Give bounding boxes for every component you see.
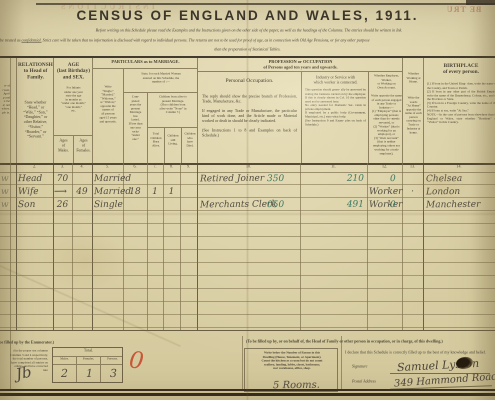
row3-occupation-code: 050 <box>267 200 299 212</box>
top-edge-rule <box>36 3 495 5</box>
totals-persons-value-cell: 3 <box>100 365 123 383</box>
column-number-9-text: 9. <box>180 164 197 169</box>
red-ink-zero: 0 <box>128 355 144 368</box>
bottom-rule-x242 <box>242 336 243 389</box>
children-died-label: Children who have Died. <box>182 132 197 147</box>
householder-heading-text: (To be filled up by, or on behalf of, th… <box>246 339 495 344</box>
row3-industry-code: 491 <box>302 200 364 213</box>
row2-marital-status: Married <box>94 187 123 199</box>
column-number-12-text: 12. <box>367 164 402 169</box>
instruction-line-3-text: than the preparation of Statistical Tabl… <box>0 47 495 52</box>
enumerator-initials: Jb <box>15 367 32 382</box>
column-number-8-text: 8. <box>163 164 180 169</box>
birthplace-body: (1) If born in the United King- dom, wri… <box>427 82 495 124</box>
profession-group-titlebar: PROFESSION or OCCUPATION of Persons aged… <box>198 58 402 72</box>
row1-industry-code: 210 <box>302 174 364 187</box>
personal-occupation-title: Personal Occupation. <box>200 77 299 84</box>
years-married-text: Com- pleted years the present Marriage h… <box>124 95 147 141</box>
totals-females-value: 1 <box>86 368 93 380</box>
profession-group-title: PROFESSION or OCCUPATION of Persons aged… <box>198 59 402 70</box>
row2-birthplace: London <box>426 187 492 200</box>
row1-age-male: 70 <box>53 174 72 186</box>
header-age: AGE (last Birthday) and SEX. For Infants… <box>53 58 92 163</box>
totals-females-label-cell: Females. <box>76 357 100 365</box>
totals-persons-label: Persons. <box>101 357 123 361</box>
row2-employer-status: Worker <box>369 187 401 199</box>
column-number-4-text: 4. <box>72 164 92 169</box>
row1-birthplace: Chelsea <box>426 174 492 187</box>
totals-males-label-cell: Males. <box>53 357 76 365</box>
totals-box: Total. Males. Females. Persons. 2 1 3 <box>52 347 123 383</box>
working-at-home-title: Whether Working at Home. <box>404 72 423 84</box>
header-marriage-group: PARTICULARS as to MARRIAGE. Write “Singl… <box>92 58 197 163</box>
header-name-column-fragment: er of rvant, April g and n the d, not wh… <box>0 58 10 163</box>
married-woman-subheader: State, for each Married Woman entered on… <box>124 69 197 93</box>
children-group-subheader: Children born alive to present Marriage.… <box>148 93 197 128</box>
row2-relationship: Wife <box>18 187 52 199</box>
totals-females-label: Females. <box>77 357 100 361</box>
header-age-females: Ages of Females. <box>73 135 92 163</box>
totals-title-cell: Total. <box>53 348 123 357</box>
declaration-statement: I declare that this Schedule is correctl… <box>345 350 495 355</box>
row1-name-fragment: w <box>1 174 9 186</box>
column-number-2-text: 2. <box>16 164 53 169</box>
rooms-instruction-text: Write below the Number of Rooms in this … <box>248 351 336 370</box>
industry-title: Industry or Service with which worker is… <box>304 75 367 85</box>
row1-marital-status: Married <box>94 174 123 186</box>
column-number-10-text: 10. <box>197 164 300 169</box>
row2-home-mark: · <box>404 187 421 199</box>
header-industry: Industry or Service with which worker is… <box>301 72 368 163</box>
column-number-3-text: 3. <box>53 164 72 169</box>
column-number-11-text: 11. <box>300 164 367 169</box>
header-children-died: Children who have Died. <box>181 128 197 163</box>
row2-children-born: 1 <box>147 187 163 199</box>
instruction-line-1: Before writing on this Schedule please r… <box>3 28 495 38</box>
header-working-at-home: Whether Working at Home. Write the words… <box>402 58 423 163</box>
children-group-text: Children born alive to present Marriage.… <box>148 95 197 114</box>
census-schedule-scan: INSTRUCTIONS BE TRU CENSUS OF ENGLAND AN… <box>0 0 495 400</box>
column-number-6-text: 6. <box>123 164 147 169</box>
row1-occupation: Retired Joiner <box>200 174 268 187</box>
birthplace-title: BIRTHPLACE of every person. <box>426 62 495 75</box>
confidential-rest: Strict care will be taken that no inform… <box>42 38 370 43</box>
bottom-border-thick <box>0 393 495 396</box>
age-females-label: Ages of Females. <box>74 138 92 153</box>
industry-body: This question should gener- ally be answ… <box>305 88 366 126</box>
form-title: CENSUS OF ENGLAND AND WALES, 1911. <box>0 8 495 23</box>
header-relationship: RELATIONSHIP to Head of Family. State wh… <box>16 58 53 163</box>
header-years-married: Com- pleted years the present Marriage h… <box>124 93 148 163</box>
instruction-line-1-text: Before writing on this Schedule please r… <box>3 28 495 33</box>
row1-occupation-code: 350 <box>267 174 299 186</box>
rooms-box: Write below the Number of Rooms in this … <box>244 348 338 392</box>
totals-males-value: 2 <box>61 368 68 380</box>
children-living-label: Children still Living. <box>165 134 181 146</box>
totals-females-value-cell: 1 <box>76 365 100 383</box>
row3-employer-code: 0 <box>390 200 403 212</box>
row2-age-female: 49 <box>72 187 92 199</box>
row1-employer-code: 0 <box>390 174 403 186</box>
relationship-body: State whether “Head,” or “Wife,” “Son,” … <box>18 100 53 139</box>
top-right-corner-shadow <box>466 0 495 5</box>
row2-name-fragment: w <box>1 187 9 199</box>
row3-name-fragment: w <box>1 200 9 212</box>
header-personal-occupation: Personal Occupation. The reply should sh… <box>198 72 301 163</box>
employer-worker-title: Whether Employer, Worker, or Working on … <box>370 74 402 89</box>
row1-relationship: Head <box>18 174 52 186</box>
enumerator-heading-text: (To be filled up by the Enumerator.) <box>0 340 54 345</box>
row2-children-living: 1 <box>163 187 180 199</box>
header-employer-worker: Whether Employer, Worker, or Working on … <box>368 72 402 163</box>
column-number-5-text: 5. <box>92 164 123 169</box>
marriage-group-titlebar: PARTICULARS as to MARRIAGE. <box>93 58 197 69</box>
marital-status-text: Write “Single,” “Married,” “Widower,” or… <box>93 85 123 123</box>
header-children-living: Children still Living. <box>164 128 181 163</box>
confidential-word: confidential. <box>22 38 42 43</box>
header-birthplace: BIRTHPLACE of every person. (1) If born … <box>423 58 495 163</box>
row3-age-male: 26 <box>53 200 72 212</box>
confidential-prefix: be treated as <box>0 38 22 43</box>
totals-persons-label-cell: Persons. <box>100 357 123 365</box>
header-marital-status: Write “Single,” “Married,” “Widower,” or… <box>93 69 124 163</box>
column-number-7-text: 7. <box>147 164 163 169</box>
header-profession-group: PROFESSION or OCCUPATION of Persons aged… <box>197 58 402 163</box>
age-body: For Infants under one year state the age… <box>55 86 92 113</box>
married-woman-text: State, for each Married Woman entered on… <box>124 72 197 84</box>
relationship-title: RELATIONSHIP to Head of Family. <box>18 61 53 80</box>
totals-males-label: Males. <box>53 357 76 361</box>
age-title: AGE (last Birthday) and SEX. <box>55 61 92 80</box>
column-number-13-text: 13. <box>402 164 423 169</box>
row3-marital-status: Single <box>94 200 123 212</box>
header-age-males: Ages of Males. <box>54 135 73 163</box>
column-number-14-text: 14. <box>423 164 495 169</box>
working-at-home-body: Write the words “At Home” opposite the n… <box>404 96 423 134</box>
children-total-label: Total Children Born Alive. <box>148 132 164 147</box>
totals-persons-value: 3 <box>110 368 117 380</box>
table-bottom-rule <box>0 330 495 331</box>
row2-years-married: 18 <box>124 187 146 199</box>
row3-relationship: Son <box>18 200 52 212</box>
header-children-total: Total Children Born Alive. <box>148 128 164 163</box>
name-column-fragment-text: er of rvant, April g and n the d, not wh… <box>0 84 10 115</box>
employer-worker-body: Write opposite the name of each person e… <box>371 94 402 155</box>
totals-males-value-cell: 2 <box>53 365 76 383</box>
row3-occupation: Merchants Clerk <box>200 200 268 213</box>
totals-title: Total. <box>53 348 123 353</box>
age-males-label: Ages of Males. <box>54 138 73 153</box>
marriage-group-title: PARTICULARS as to MARRIAGE. <box>93 59 197 65</box>
bottom-border-thin <box>0 389 495 391</box>
row3-birthplace: Manchester <box>426 200 492 213</box>
personal-occupation-body: The reply should show the precise branch… <box>202 94 297 138</box>
